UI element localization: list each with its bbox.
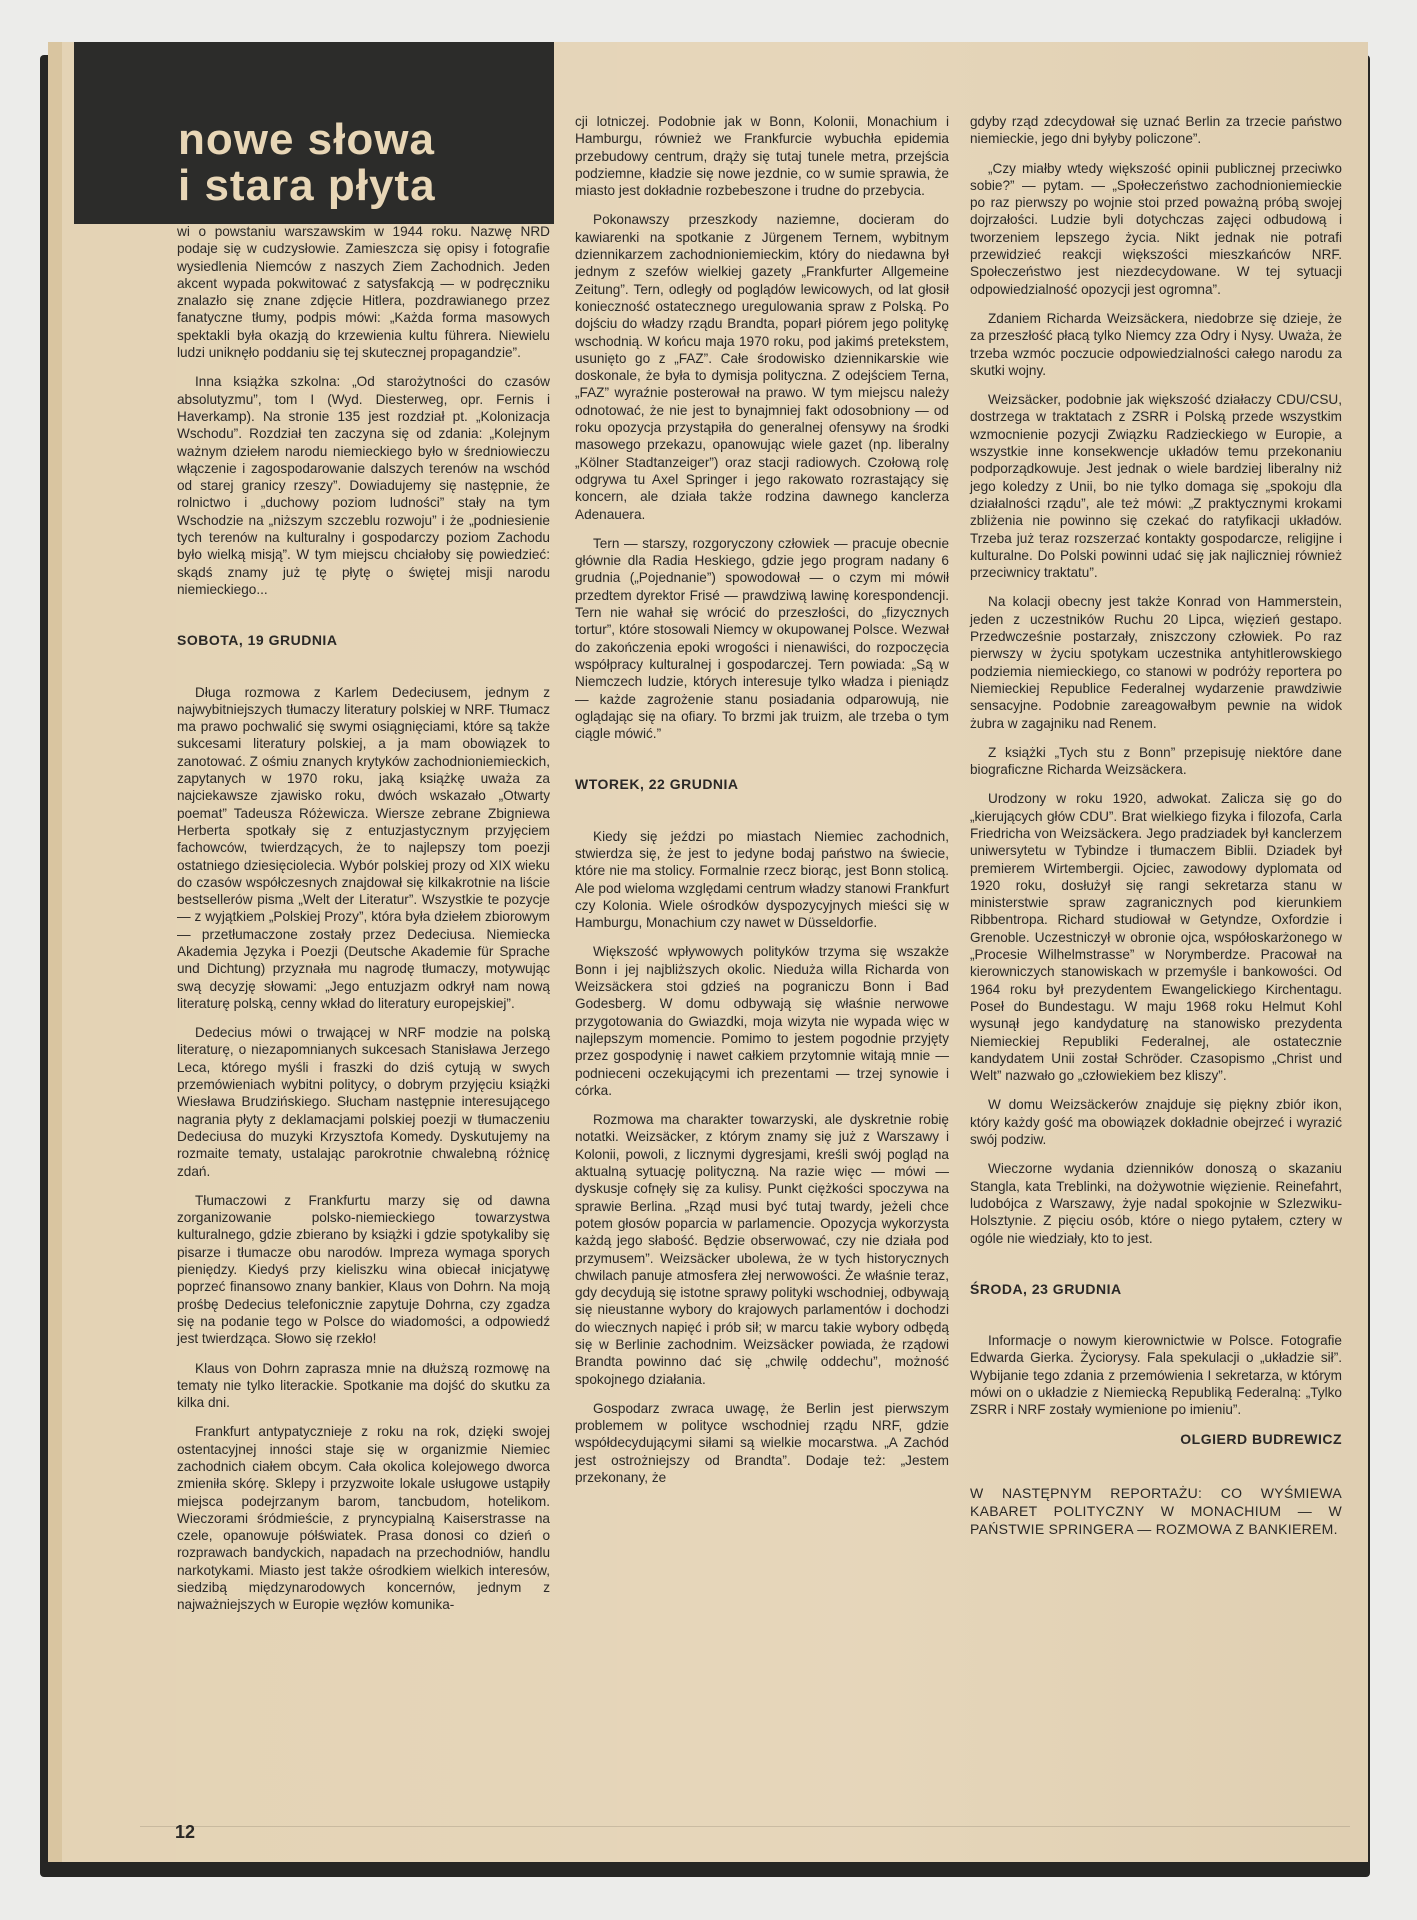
paragraph: Klaus von Dohrn zaprasza mnie na dłuższą… bbox=[177, 1360, 550, 1412]
paragraph: Dedecius mówi o trwającej w NRF modzie n… bbox=[177, 1024, 550, 1180]
footer-rule bbox=[140, 1826, 1350, 1827]
page-number: 12 bbox=[175, 1822, 195, 1843]
section-heading-saturday: SOBOTA, 19 GRUDNIA bbox=[177, 632, 550, 649]
paragraph: Informacje o nowym kierownictwie w Polsc… bbox=[970, 1332, 1342, 1418]
section-heading-wednesday: ŚRODA, 23 GRUDNIA bbox=[970, 1281, 1342, 1298]
title-line-2: i stara płyta bbox=[178, 161, 436, 210]
column-2: cji lotniczej. Podobnie jak w Bonn, Kolo… bbox=[575, 113, 949, 1498]
title-banner: nowe słowa i stara płyta bbox=[74, 42, 554, 224]
paragraph: Tern — starszy, rozgoryczony człowiek — … bbox=[575, 535, 949, 743]
column-1: wi o powstaniu warszawskim w 1944 roku. … bbox=[177, 223, 550, 1626]
paragraph: „Czy miałby wtedy większość opinii publi… bbox=[970, 160, 1342, 298]
paragraph: Na kolacji obecny jest także Konrad von … bbox=[970, 593, 1342, 731]
paragraph: Zdaniem Richarda Weizsäckera, niedobrze … bbox=[970, 310, 1342, 379]
author-signature: OLGIERD BUDREWICZ bbox=[970, 1431, 1342, 1448]
paragraph: Większość wpływowych polityków trzyma si… bbox=[575, 943, 949, 1099]
paragraph: Inna książka szkolna: „Od starożytności … bbox=[177, 373, 550, 598]
paragraph: Kiedy się jeździ po miastach Niemiec zac… bbox=[575, 828, 949, 932]
paragraph: Wieczorne wydania dzienników donoszą o s… bbox=[970, 1160, 1342, 1246]
paragraph: Tłumaczowi z Frankfurtu marzy się od daw… bbox=[177, 1192, 550, 1348]
paragraph: W domu Weizsäckerów znajduje się piękny … bbox=[970, 1096, 1342, 1148]
paragraph: Weizsäcker, podobnie jak większość dział… bbox=[970, 391, 1342, 581]
column-3: gdyby rząd zdecydował się uznać Berlin z… bbox=[970, 113, 1342, 1538]
next-issue-teaser: W NASTĘPNYM REPORTAŻU: CO WYŚMIEWA KABAR… bbox=[970, 1484, 1342, 1538]
paragraph: wi o powstaniu warszawskim w 1944 roku. … bbox=[177, 223, 550, 361]
paragraph: Rozmowa ma charakter towarzyski, ale dys… bbox=[575, 1111, 949, 1388]
title-line-1: nowe słowa bbox=[178, 115, 435, 164]
paragraph: Urodzony w roku 1920, adwokat. Zalicza s… bbox=[970, 790, 1342, 1084]
section-heading-tuesday: WTOREK, 22 GRUDNIA bbox=[575, 776, 949, 793]
paragraph: Gospodarz zwraca uwagę, że Berlin jest p… bbox=[575, 1400, 949, 1486]
article-title: nowe słowa i stara płyta bbox=[178, 117, 436, 209]
paragraph: cji lotniczej. Podobnie jak w Bonn, Kolo… bbox=[575, 113, 949, 199]
paragraph: Frankfurt antypatycznieje z roku na rok,… bbox=[177, 1423, 550, 1613]
paragraph: gdyby rząd zdecydował się uznać Berlin z… bbox=[970, 113, 1342, 148]
paragraph: Pokonawszy przeszkody naziemne, docieram… bbox=[575, 211, 949, 522]
paragraph: Długa rozmowa z Karlem Dedeciusem, jedny… bbox=[177, 684, 550, 1013]
paragraph: Z książki „Tych stu z Bonn” przepisuję n… bbox=[970, 744, 1342, 779]
